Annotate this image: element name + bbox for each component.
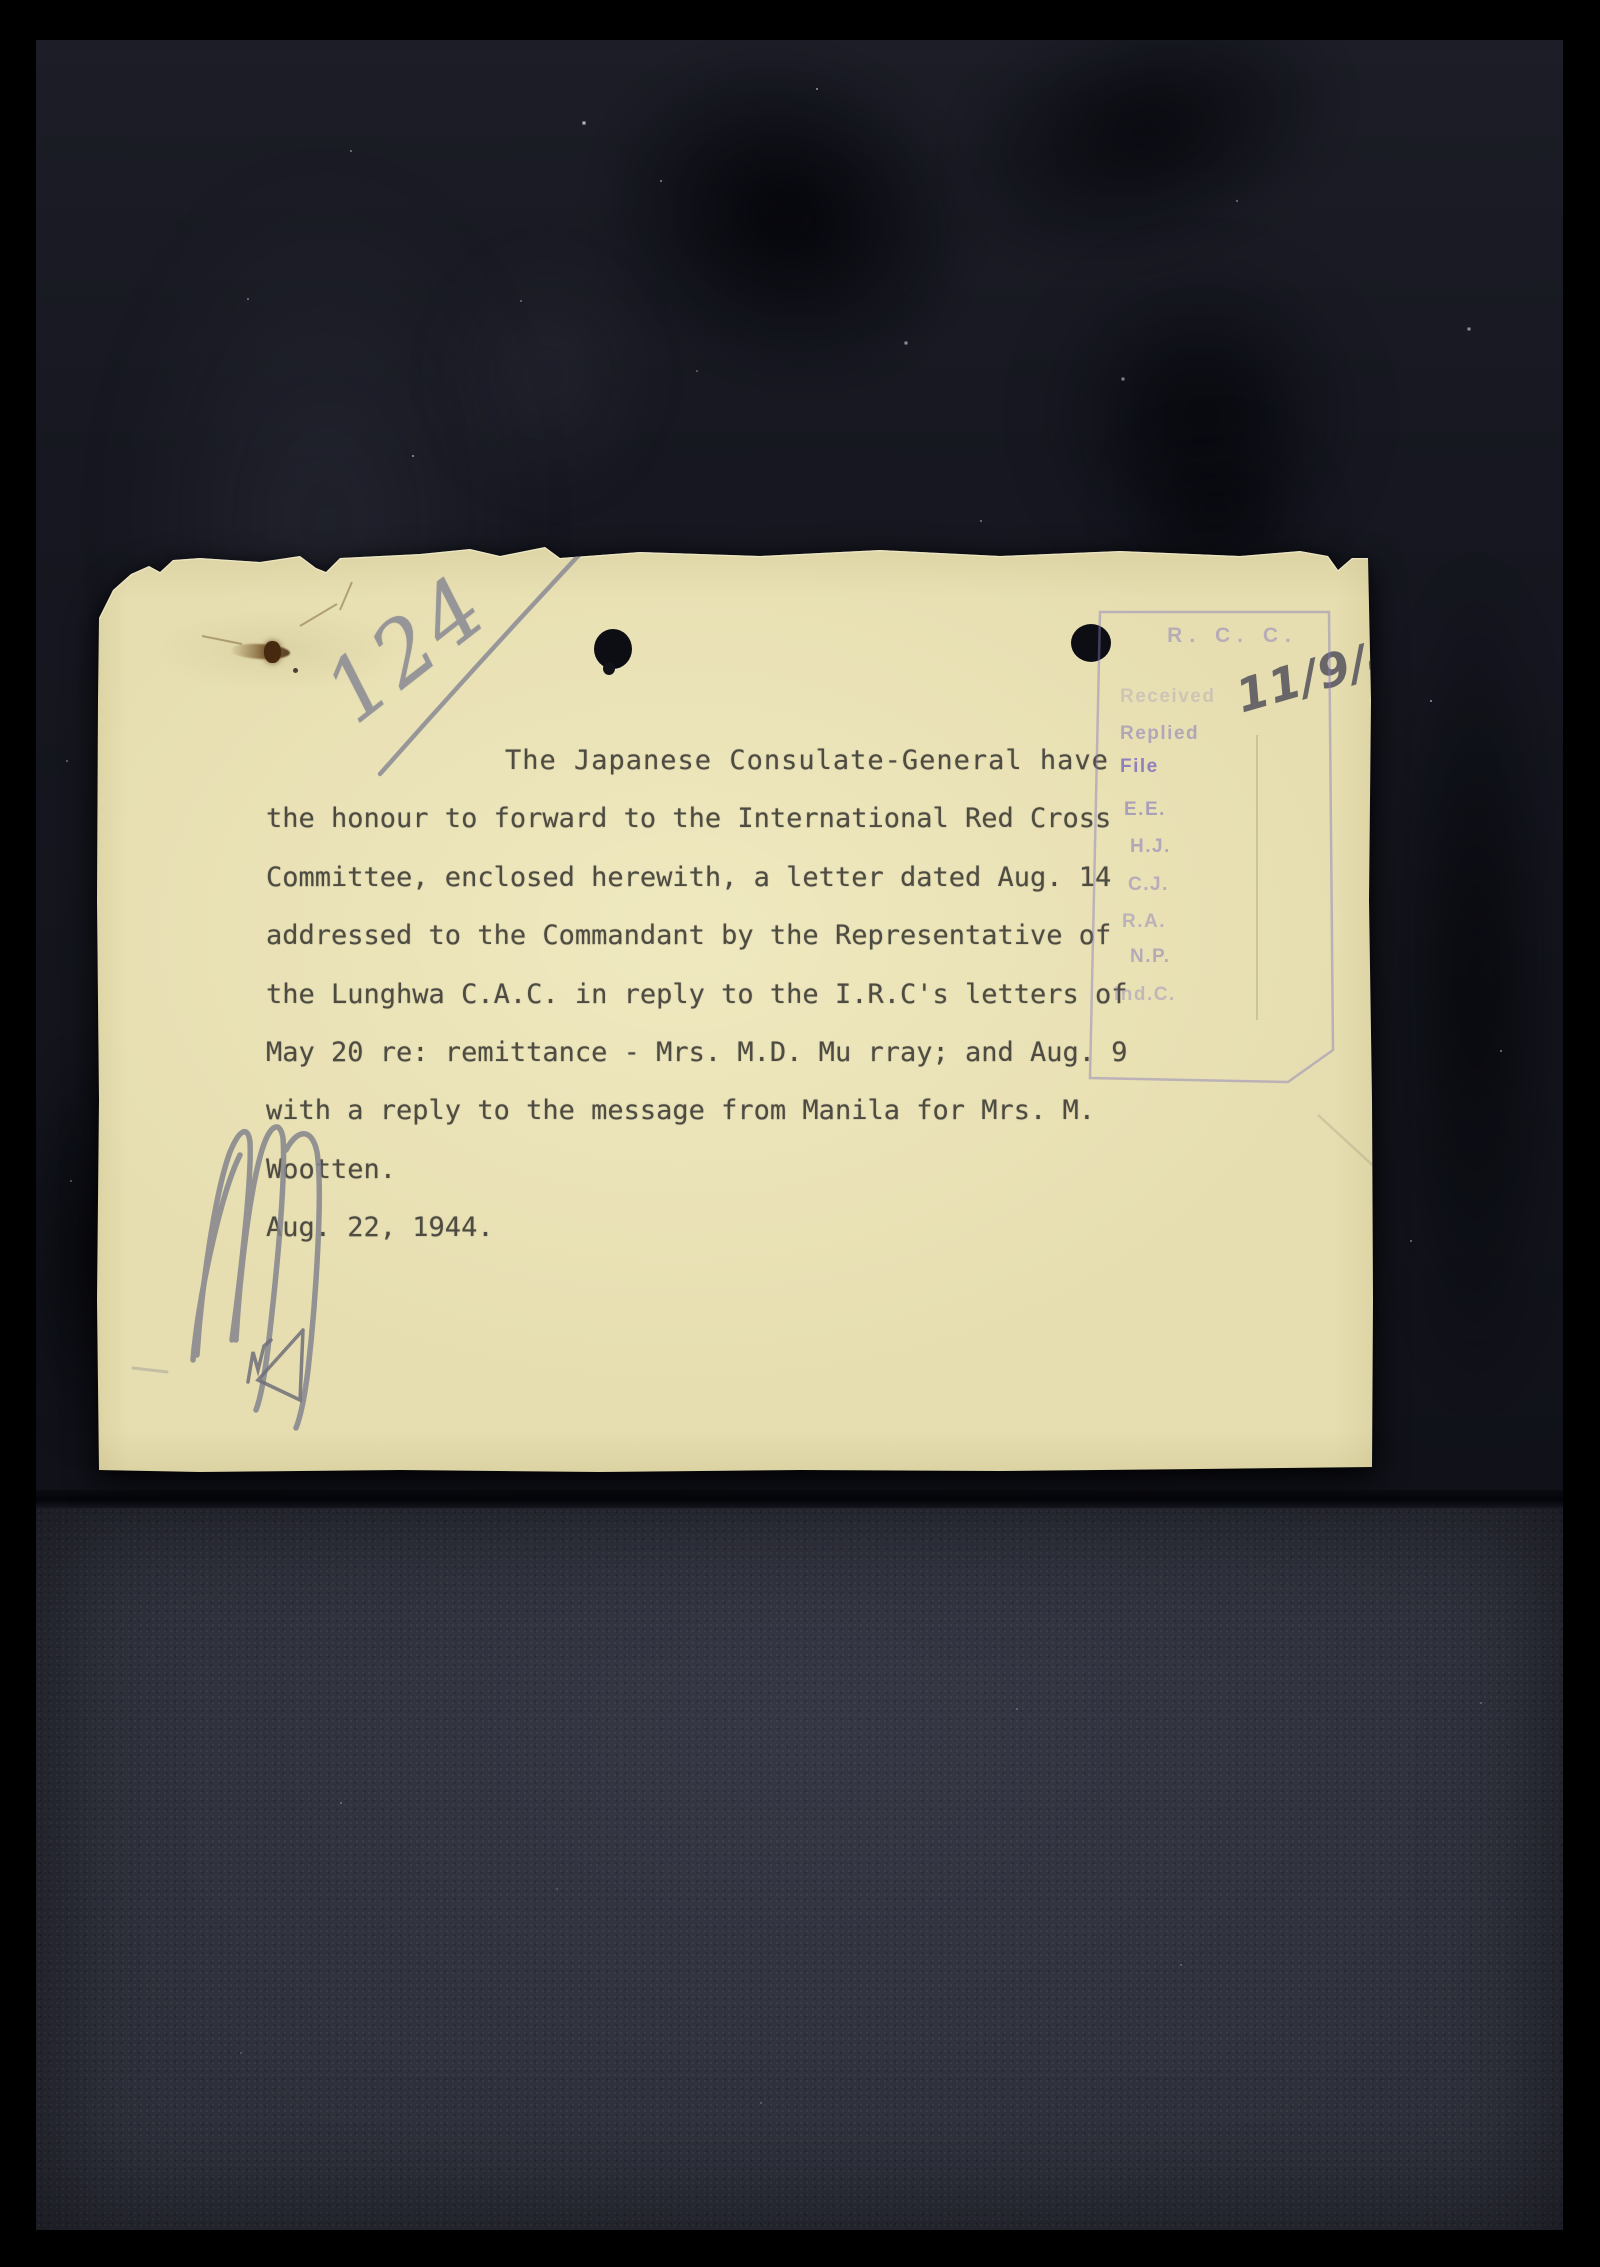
faint-scratch xyxy=(1318,1115,1375,1183)
photo-frame-edge xyxy=(0,2230,1600,2267)
pencil-marks-overlay xyxy=(90,540,1375,1475)
dust-specks xyxy=(36,1508,38,1510)
pencil-check-mark xyxy=(248,1330,303,1400)
photo-frame-edge xyxy=(0,0,36,2267)
dust-specks xyxy=(36,40,38,42)
archival-photo: The Japanese Consulate-General have the … xyxy=(0,0,1600,2267)
stain-scratches xyxy=(202,582,352,644)
document-page: The Japanese Consulate-General have the … xyxy=(90,540,1375,1475)
photo-frame-edge xyxy=(0,0,1600,40)
shadow-blob xyxy=(1366,460,1566,1496)
background-mat-bottom xyxy=(36,1508,1566,2230)
stamp-box-outline xyxy=(1090,612,1333,1082)
pencil-dash xyxy=(133,1368,167,1372)
pencil-slash xyxy=(380,556,578,774)
photo-frame-edge xyxy=(1563,0,1600,2267)
light-patch xyxy=(406,210,686,540)
mat-seam xyxy=(36,1490,1566,1508)
torn-edge-highlight xyxy=(99,547,1368,618)
